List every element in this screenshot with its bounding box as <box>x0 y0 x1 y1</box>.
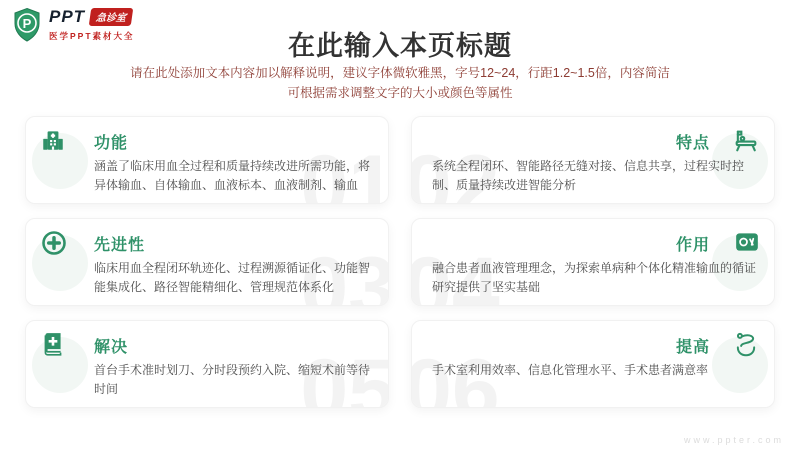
card-提高: 06 提高手术室利用效率、信息化管理水平、手术患者满意率 <box>411 320 775 408</box>
page-subtitle: 请在此处添加文本内容加以解释说明，建议字体微软雅黑，字号12~24，行距1.2~… <box>0 63 800 103</box>
card-title: 作用 <box>412 219 774 255</box>
card-body: 临床用血全程闭环轨迹化、过程溯源循证化、功能智能集成化、路径智能精细化、管理规范… <box>26 255 388 296</box>
card-先进性: 03 先进性临床用血全程闭环轨迹化、过程溯源循证化、功能智能集成化、路径智能精细… <box>25 218 389 306</box>
cards-grid: 01 功能涵盖了临床用血全过程和质量持续改进所需功能，将异体输血、自体输血、血液… <box>25 116 775 408</box>
page-title: 在此输入本页标题 <box>0 24 800 63</box>
card-title: 提高 <box>412 321 774 357</box>
card-解决: 05 解决首台手术准时划刀、分时段预约入院、缩短术前等待时间 <box>25 320 389 408</box>
card-title: 功能 <box>26 117 388 153</box>
card-body: 涵盖了临床用血全过程和质量持续改进所需功能，将异体输血、自体输血、血液标本、血液… <box>26 153 388 194</box>
card-title: 解决 <box>26 321 388 357</box>
card-body: 首台手术准时划刀、分时段预约入院、缩短术前等待时间 <box>26 357 388 398</box>
card-title: 先进性 <box>26 219 388 255</box>
card-特点: 02 特点系统全程闭环、智能路径无缝对接、信息共享，过程实时控制、质量持续改进智… <box>411 116 775 204</box>
card-作用: 04 作用融合患者血液管理理念，为探索单病种个体化精准输血的循证研究提供了坚实基… <box>411 218 775 306</box>
subtitle-line-2: 可根据需求调整文字的大小或颜色等属性 <box>0 83 800 103</box>
card-功能: 01 功能涵盖了临床用血全过程和质量持续改进所需功能，将异体输血、自体输血、血液… <box>25 116 389 204</box>
card-body: 融合患者血液管理理念，为探索单病种个体化精准输血的循证研究提供了坚实基础 <box>412 255 774 296</box>
card-body: 手术室利用效率、信息化管理水平、手术患者满意率 <box>412 357 774 380</box>
card-body: 系统全程闭环、智能路径无缝对接、信息共享，过程实时控制、质量持续改进智能分析 <box>412 153 774 194</box>
subtitle-line-1: 请在此处添加文本内容加以解释说明，建议字体微软雅黑，字号12~24，行距1.2~… <box>0 63 800 83</box>
card-title: 特点 <box>412 117 774 153</box>
site-url: www.ppter.com <box>684 435 784 445</box>
